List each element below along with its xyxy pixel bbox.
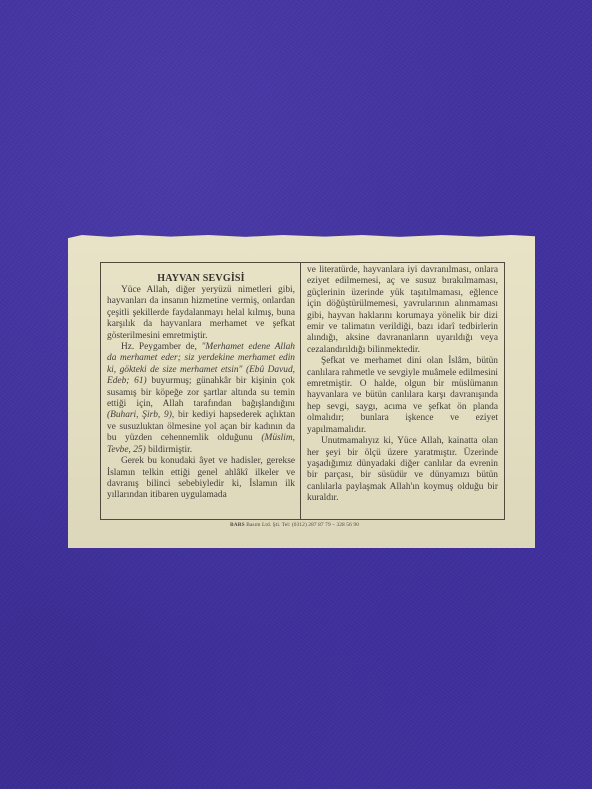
paragraph-literature: ve literatürde, hayvanlara iyi davranılm… — [307, 265, 498, 356]
paragraph-hadith: Hz. Peygamber de, "Merhamet edene Allah … — [107, 342, 295, 456]
publisher-contact: Basım Ltd. Şti. Tel: (0312) 287 87 79 – … — [245, 522, 359, 528]
publisher-footer: BARS Basım Ltd. Şti. Tel: (0312) 287 87 … — [230, 522, 359, 528]
paragraph-creation: Unutmamalıyız ki, Yüce Allah, kainatta o… — [307, 436, 498, 504]
text-span: Hz. Peygamber de, — [121, 342, 201, 352]
reference: (Buhari, Şirb, 9) — [107, 410, 172, 420]
card-title: HAYVAN SEVGİSİ — [107, 273, 295, 285]
text-span: bildirmiştir. — [146, 445, 192, 455]
printed-card: HAYVAN SEVGİSİ Yüce Allah, diğer yeryüzü… — [68, 235, 535, 548]
paragraph-intro: Yüce Allah, diğer yeryüzü nimetleri gibi… — [107, 285, 295, 342]
left-column: HAYVAN SEVGİSİ Yüce Allah, diğer yeryüzü… — [101, 263, 301, 519]
paragraph-mercy: Şefkat ve merhamet dini olan İslâm, bütü… — [307, 356, 498, 436]
text-frame: HAYVAN SEVGİSİ Yüce Allah, diğer yeryüzü… — [100, 262, 505, 520]
right-column: ve literatürde, hayvanlara iyi davranılm… — [301, 263, 504, 519]
publisher-name: BARS — [230, 522, 245, 528]
paragraph-islam-practice: Gerek bu konudaki âyet ve hadisler, gere… — [107, 456, 295, 502]
